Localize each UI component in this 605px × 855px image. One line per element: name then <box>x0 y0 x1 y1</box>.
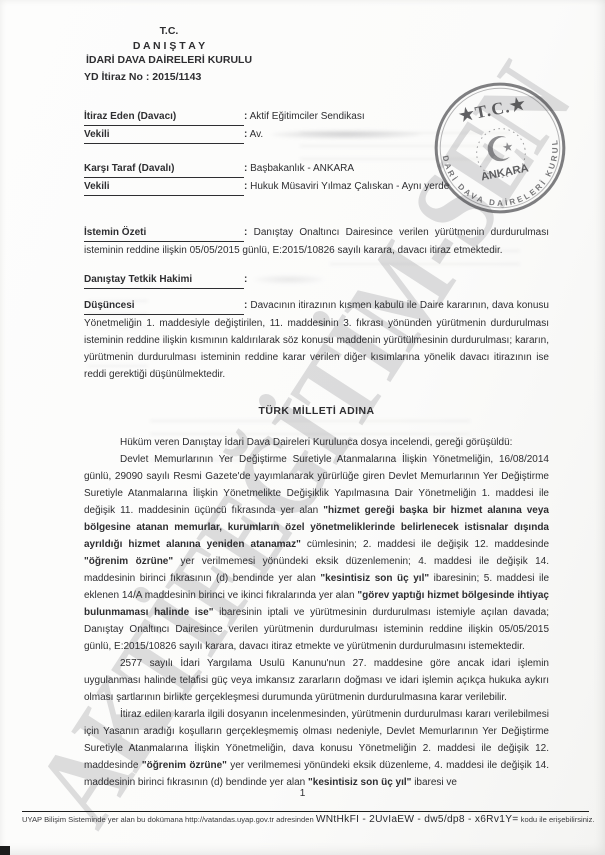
body-paragraph-1: Hüküm veren Danıştay İdari Dava Daireler… <box>84 434 549 451</box>
uyap-footer: UYAP Bilişim Sisteminde yer alan bu dokü… <box>22 814 597 825</box>
field-value: Av. <box>250 129 264 140</box>
scan-edge-artifact <box>0 846 10 855</box>
field-value: Hukuk Müsaviri Yılmaz Çalıskan - Aynı ye… <box>250 181 449 192</box>
footer-prefix: UYAP Bilişim Sisteminde yer alan bu dokü… <box>22 815 314 824</box>
body-paragraph-3: 2577 sayılı İdari Yargılama Usulü Kanunu… <box>84 655 549 706</box>
quoted-provision: "kesintisiz son üç yıl" <box>308 777 411 788</box>
case-number-value: 2015/1143 <box>152 71 201 83</box>
field-value: Başbakanlık - ANKARA <box>250 163 354 174</box>
body-paragraph-2: Devlet Memurlarının Yer Değiştirme Suret… <box>84 451 549 655</box>
decision-heading: TÜRK MİLLETİ ADINA <box>84 403 549 420</box>
footer-rule <box>22 811 589 812</box>
stamp-tc-text: ★T.C.★ <box>457 94 528 126</box>
field-label: Düşüncesi <box>84 297 244 315</box>
field-label: Danıştay Tetkik Hakimi <box>84 271 244 289</box>
field-label: Vekili <box>84 126 244 144</box>
document-page: AKTİFEĞİTİM-SEN ★T.C.★ ☪ ANKARA İDARİ DA… <box>0 0 605 855</box>
redaction-smudge <box>254 275 324 284</box>
case-number-label: YD İtiraz No : <box>84 71 149 83</box>
field-label: Karşı Taraf (Davalı) <box>84 160 244 178</box>
field-value: Aktif Eğitimciler Sendikası <box>250 111 365 122</box>
quoted-provision: "kesintisiz son üç yıl" <box>320 573 429 584</box>
body-paragraph-4: İtiraz edilen kararla ilgili dosyanın in… <box>84 706 549 791</box>
court-header: T.C. D A N I Ş T A Y İDARİ DAVA DAİRELER… <box>84 24 254 84</box>
page-number: 1 <box>0 788 605 799</box>
republic-abbrev: T.C. <box>84 24 254 39</box>
field-label: İstemin Özeti <box>84 224 244 242</box>
footer-suffix: kodu ile erişebilirsiniz. <box>521 815 595 824</box>
official-seal-stamp: ★T.C.★ ☪ ANKARA İDARİ DAVA DAİRELERİ KUR… <box>410 55 590 241</box>
redaction-smudge <box>271 130 421 139</box>
court-name: D A N I Ş T A Y <box>84 39 254 54</box>
field-opinion: Düşüncesi: Davacının itirazının kısmen k… <box>84 297 549 383</box>
uyap-verification-code: WNtHkFI - 2UvIaEW - dw5/dp8 - x6Rv1Y= <box>316 814 519 825</box>
field-label: Vekili <box>84 178 244 196</box>
quoted-provision: "öğrenim özrüne" <box>142 760 227 771</box>
field-label: İtiraz Eden (Davacı) <box>84 108 244 126</box>
quoted-provision: "öğrenim özrüne" <box>84 556 173 567</box>
chamber-name: İDARİ DAVA DAİRELERİ KURULU <box>84 53 254 68</box>
case-number-line: YD İtiraz No : 2015/1143 <box>84 70 254 85</box>
field-rapporteur-judge: Danıştay Tetkik Hakimi: <box>84 271 549 289</box>
